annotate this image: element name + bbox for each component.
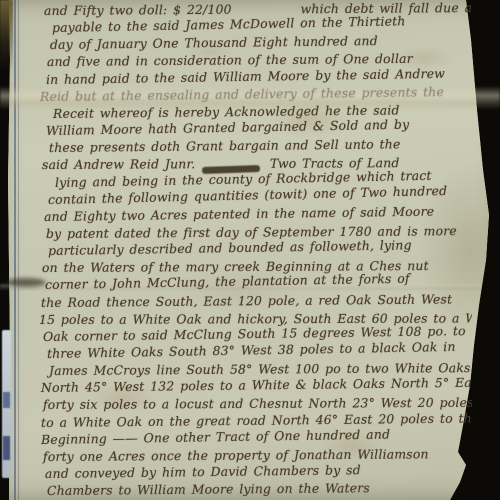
handwriting-line: Reid but at the ensealing and delivery o… xyxy=(40,84,444,104)
handwriting-line: to a White Oak on the great road North 4… xyxy=(41,410,472,430)
handwriting-line: day of January One Thousand Eight hundre… xyxy=(50,33,378,52)
handwriting-line: and Eighty two Acres patented in the nam… xyxy=(44,203,434,223)
handwriting-line: forty six poles to a locust and Chesnut … xyxy=(43,395,472,412)
handwriting-line: the Road thence South, East 120 pole, a … xyxy=(41,291,452,310)
handwriting-line: and conveyed by him to David Chambers by… xyxy=(45,462,361,481)
handwriting-line: in hand paid to the said William Moore b… xyxy=(46,65,445,86)
handwriting-line: Chambers to William Moore lying on the W… xyxy=(47,480,370,498)
handwriting-text: and Fifty two doll: $ 22/100 which debt … xyxy=(0,0,472,500)
handwriting-line: North 45° West 132 poles to a White & bl… xyxy=(41,375,472,395)
handwriting-line: these presents doth Grant bargain and Se… xyxy=(49,137,401,156)
handwriting-line: forty one Acres once the property of Jon… xyxy=(43,446,429,464)
manuscript-scan: and Fifty two doll: $ 22/100 which debt … xyxy=(0,0,500,500)
